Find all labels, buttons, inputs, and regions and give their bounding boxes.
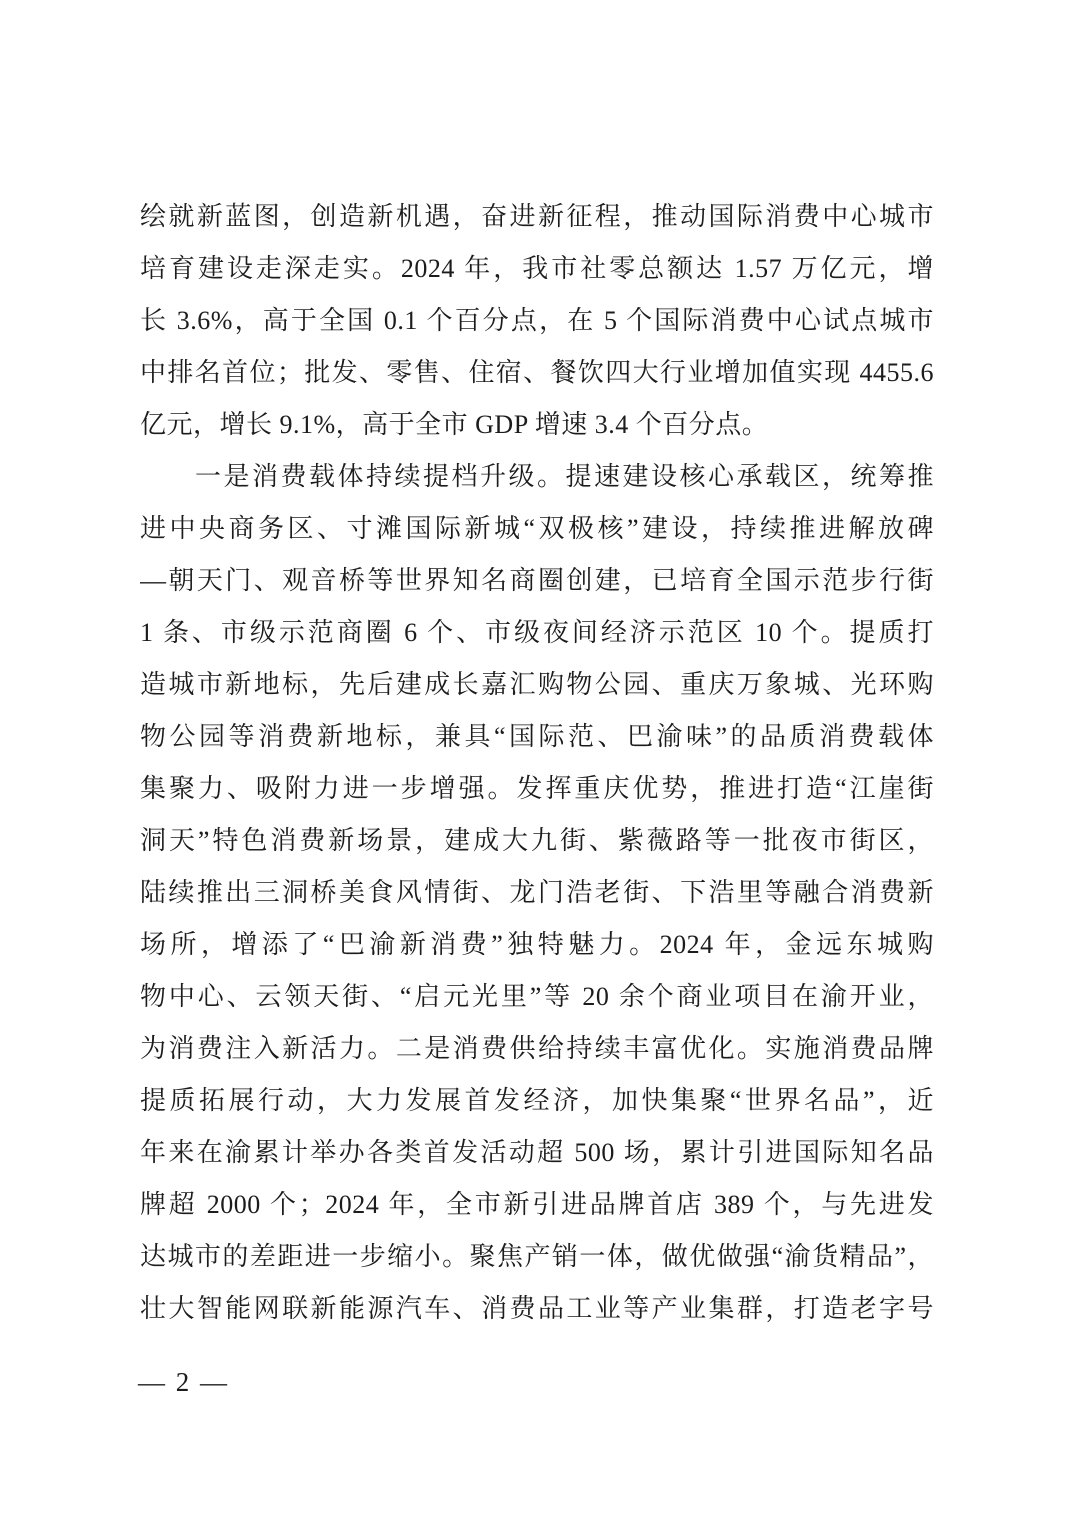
body-line: 年来在渝累计举办各类首发活动超 500 场，累计引进国际知名品	[140, 1127, 934, 1179]
body-line: 1 条、市级示范商圈 6 个、市级夜间经济示范区 10 个。提质打	[140, 607, 934, 659]
document-page: 绘就新蓝图，创造新机遇，奋进新征程，推动国际消费中心城市 培育建设走深走实。20…	[0, 0, 1074, 1520]
body-line: 进中央商务区、寸滩国际新城“双极核”建设，持续推进解放碑	[140, 503, 934, 555]
body-line: 提质拓展行动，大力发展首发经济，加快集聚“世界名品”，近	[140, 1075, 934, 1127]
body-line: 中排名首位；批发、零售、住宿、餐饮四大行业增加值实现 4455.6	[140, 347, 934, 399]
body-line: 一是消费载体持续提档升级。提速建设核心承载区，统筹推	[140, 451, 934, 503]
body-line: 牌超 2000 个；2024 年，全市新引进品牌首店 389 个，与先进发	[140, 1179, 934, 1231]
body-line: 培育建设走深走实。2024 年，我市社零总额达 1.57 万亿元，增	[140, 243, 934, 295]
body-line: 长 3.6%，高于全国 0.1 个百分点，在 5 个国际消费中心试点城市	[140, 295, 934, 347]
body-line: 亿元，增长 9.1%，高于全市 GDP 增速 3.4 个百分点。	[140, 399, 934, 451]
body-line: 为消费注入新活力。二是消费供给持续丰富优化。实施消费品牌	[140, 1023, 934, 1075]
body-line: 达城市的差距进一步缩小。聚焦产销一体，做优做强“渝货精品”，	[140, 1231, 934, 1283]
page-number: — 2 —	[138, 1356, 229, 1408]
body-line: 物公园等消费新地标，兼具“国际范、巴渝味”的品质消费载体	[140, 711, 934, 763]
body-line: 绘就新蓝图，创造新机遇，奋进新征程，推动国际消费中心城市	[140, 191, 934, 243]
body-line: 场所，增添了“巴渝新消费”独特魅力。2024 年，金远东城购	[140, 919, 934, 971]
body-line: 物中心、云领天街、“启元光里”等 20 余个商业项目在渝开业，	[140, 971, 934, 1023]
body-line: —朝天门、观音桥等世界知名商圈创建，已培育全国示范步行街	[140, 555, 934, 607]
body-line: 陆续推出三洞桥美食风情街、龙门浩老街、下浩里等融合消费新	[140, 867, 934, 919]
body-line: 洞天”特色消费新场景，建成大九街、紫薇路等一批夜市街区，	[140, 815, 934, 867]
body-line: 集聚力、吸附力进一步增强。发挥重庆优势，推进打造“江崖街	[140, 763, 934, 815]
document-body: 绘就新蓝图，创造新机遇，奋进新征程，推动国际消费中心城市 培育建设走深走实。20…	[140, 191, 934, 1335]
body-line: 壮大智能网联新能源汽车、消费品工业等产业集群，打造老字号	[140, 1283, 934, 1335]
body-line: 造城市新地标，先后建成长嘉汇购物公园、重庆万象城、光环购	[140, 659, 934, 711]
